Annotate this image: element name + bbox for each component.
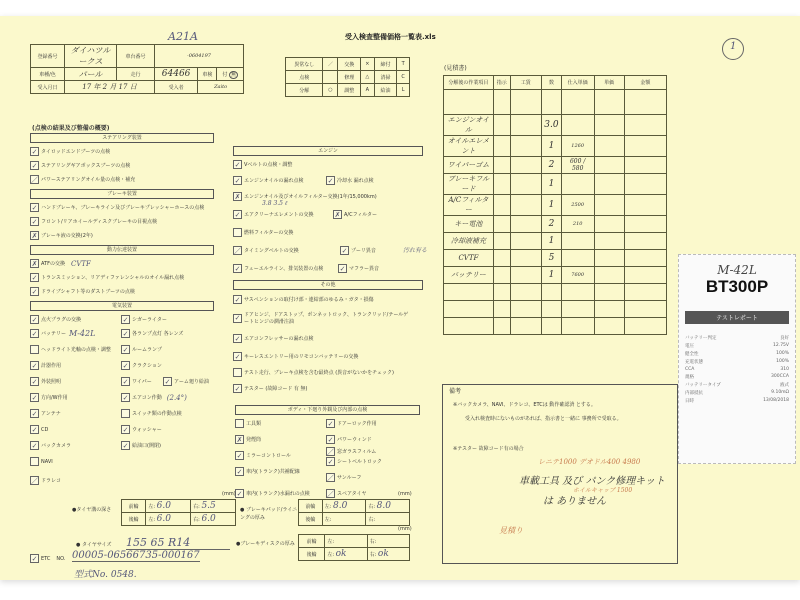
value-receiver: Zaito — [198, 81, 244, 94]
label-shaken: 車検 — [198, 68, 217, 81]
check-engine-oil-leak[interactable]: ✓エンジンオイルの漏れ点検 — [233, 176, 304, 185]
section-engine: エンジン — [233, 146, 423, 156]
table-row: 冷却液補充1 — [444, 233, 667, 250]
remarks-line3: ※テスター 故障コード有の場合 — [453, 447, 524, 452]
tire-size-label: ● タイヤサイズ — [76, 543, 111, 548]
brake-disc-unit: (mm) — [398, 527, 412, 532]
estimate-title: (見積書) — [444, 63, 467, 72]
brake-disc-table: 前輪左: 右: 後輪左: ok右: ok — [298, 534, 410, 561]
label-mileage: 走行 — [117, 68, 155, 81]
receipt-row: CCA310 — [679, 366, 795, 373]
check-fuel-filter[interactable]: 燃料フィルターの交換 — [233, 228, 293, 237]
receipt-subtitle: テストレポート — [685, 311, 789, 324]
check-wiper-arm[interactable]: ✓アーム廻り給油 — [163, 377, 209, 386]
remarks-red-note3: 見積り — [499, 525, 523, 536]
check-suspension[interactable]: ✓サスペンションの取付け部・連結部のゆるみ・ガタ・損傷 — [233, 295, 374, 304]
check-cd[interactable]: ✓CD — [30, 425, 48, 434]
etc-number: 00005-06566735-000167 — [72, 550, 200, 562]
check-driveshaft-boot[interactable]: ✓ドライブシャフト等のダストブーツの点検 — [30, 287, 135, 296]
table-row: キー電池2210 — [444, 216, 667, 233]
tire-size-value: 155 65 R14 — [126, 536, 230, 550]
oil-amount-note: 3.8 3.5 ℓ — [262, 200, 287, 207]
check-ac-filter[interactable]: ✗A/Cフィルター — [333, 210, 377, 219]
check-horn[interactable]: ✓クラクション — [121, 361, 162, 370]
check-steering-boot[interactable]: ✓ステアリングギアボックスブーツの点検 — [30, 161, 130, 170]
summary-title: (点検の結果及び整備の概要) — [32, 123, 110, 132]
check-back-camera[interactable]: ✓バックカメラ — [30, 441, 71, 450]
receipt-row: 電圧12.75V — [679, 342, 795, 350]
check-switches[interactable]: スイッチ類の作動点検 — [121, 409, 182, 418]
check-ac-compressor[interactable]: ✓エアコンフレッサーの漏れ点検 — [233, 334, 314, 343]
check-fuel-lid[interactable]: ✓給油口(開閉) — [121, 441, 161, 450]
remarks-box: 備考 ※バックカメラ、NAVI、ドラレコ、ETCは 動作確認済 とする。 受入れ… — [442, 384, 678, 564]
label-model-color: 車種/色 — [31, 68, 65, 81]
check-washer[interactable]: ✓ウォッシャー — [121, 425, 162, 434]
check-wiper[interactable]: ✓ワイパー — [121, 377, 152, 386]
check-seatbelt-lock[interactable]: ✓シートベルトロック — [326, 457, 382, 466]
brake-disc-label: ●ブレーキディスクの厚み — [236, 540, 296, 548]
brake-pad-table: 前輪左: 8.0右: 8.0 後輪左: 右: — [298, 499, 410, 526]
remarks-line1: ※バックカメラ、NAVI、ドラレコ、ETCは 動作確認済 とする。 — [453, 403, 596, 408]
receipt-row: バッテリータイプ液式 — [679, 381, 795, 389]
label-registration: 登録番号 — [31, 45, 65, 68]
check-gauges[interactable]: ✓計器作用 — [30, 361, 61, 370]
brake-pad-unit: (mm) — [398, 492, 412, 497]
page-number-circle: 1 — [722, 38, 744, 60]
check-window-film[interactable]: ／窓ガラスフィルム — [326, 447, 376, 456]
check-keyless-battery[interactable]: ✓キーレスエントリー用のリモコンバッテリーの交換 — [233, 352, 358, 361]
check-tools[interactable]: 工具類 — [235, 419, 261, 428]
check-fuel-line[interactable]: ✓フューエルライン、排気装置の点検 — [233, 264, 323, 273]
battery-test-receipt: M-42L BT300P テストレポート バッテリー判定良好 電圧12.75V … — [678, 254, 796, 464]
legend-table: 異常なし／交換×締付T 点検修理△清掃C 分解○調整A給油L — [285, 57, 410, 97]
check-antenna[interactable]: ✓アンテナ — [30, 409, 61, 418]
check-cigar-lighter[interactable]: ✓シガーライター — [121, 315, 167, 324]
receipt-row: 内部抵抗9.10mΩ — [679, 389, 795, 397]
table-row: ワイパーゴム2600 / 580 — [444, 157, 667, 174]
receipt-row: 健全性100% — [679, 350, 795, 358]
receipt-model: BT300P — [679, 277, 795, 297]
table-row: ブレーキフルード1 — [444, 174, 667, 195]
check-flare[interactable]: ✗発煙筒 — [235, 435, 261, 444]
check-disc-brake[interactable]: ✓フロント/リアホイールディスクブレーキの目視点検 — [30, 217, 157, 226]
receipt-row: 規格300CCA — [679, 373, 795, 381]
estimate-table: 分解後の作業項目 指示 工賃 数 仕入単価 単価 金額 エンジンオイル3.0 オ… — [443, 75, 667, 335]
section-body: ボディ・下廻り外観及び内部の点検 — [235, 405, 420, 415]
check-etc[interactable]: ✓ETCNO. — [30, 554, 65, 563]
remarks-title: 備考 — [449, 389, 461, 395]
check-coolant-leak[interactable]: ✓冷却水 漏れ点検 — [326, 176, 374, 185]
section-electrical: 電気装置 — [30, 301, 214, 311]
check-brake-fluid[interactable]: ✗ブレーキ液の交換(2年) — [30, 231, 93, 240]
receipt-row: バッテリー判定良好 — [679, 334, 795, 342]
check-vbelt[interactable]: ✓Vベルトの点検・調整 — [233, 160, 292, 169]
label-chassis: 車台番号 — [117, 45, 155, 68]
remarks-handwritten-main2: は ありません — [543, 492, 606, 507]
check-lamps-lenses[interactable]: ✓各ランプ点灯 各レンズ — [121, 329, 183, 338]
value-chassis: -0604197 — [155, 45, 244, 68]
value-model-color: パール — [65, 68, 117, 81]
check-room-lamp[interactable]: ✓ルームランプ — [121, 345, 162, 354]
check-power-window[interactable]: ✓パワーウィンド — [326, 435, 372, 444]
check-spark-plug[interactable]: ✓点火プラグの交換 — [30, 315, 81, 324]
document-title: 受入検査整備価格一覧表.xls — [345, 32, 436, 42]
section-brake: ブレーキ装置 — [30, 189, 214, 199]
check-air-element[interactable]: ✓エアクリーナエレメントの交換 — [233, 210, 314, 219]
check-navi[interactable]: NAVI — [30, 457, 53, 466]
tire-tread-table: 前輪左: 6.0右: 5.5 後輪左: 6.0右: 6.0 — [121, 499, 236, 526]
table-row: バッテリー17600 — [444, 267, 667, 284]
remarks-line2: 受入れ検査時にないものがあれば、指示書と一緒に 事務所で受取る。 — [465, 417, 622, 422]
check-turn-signals[interactable]: ✓方向/W作用 — [30, 393, 68, 402]
table-row: オイルエレメント11260 — [444, 136, 667, 157]
check-spare-tire[interactable]: ／スペアタイヤ — [326, 489, 367, 498]
brake-pad-label: ● ブレーキパッド/ライニングの厚み — [240, 506, 298, 522]
tire-unit: (mm) — [222, 492, 236, 497]
table-row: A/Cフィルター12500 — [444, 195, 667, 216]
check-interior-wiring[interactable]: ✓車内(トランク)共補配線 — [235, 467, 300, 476]
check-ps-oil[interactable]: ／パワーステアリングオイル量の点検・補充 — [30, 175, 135, 184]
page-number: 1 — [730, 41, 736, 52]
check-headlight-aim[interactable]: ヘッドライト光軸の点検・調整 — [30, 345, 111, 354]
check-tierod[interactable]: ✓タイロッドエンドブーツの点検 — [30, 147, 110, 156]
section-drivetrain: 動力伝達装置 — [30, 245, 214, 255]
check-atf[interactable]: ✗ATFの交換CVTF — [30, 259, 91, 268]
value-mileage: 64466 — [155, 68, 198, 81]
engine-side-note: 汚れ有る — [403, 245, 427, 254]
check-test-drive[interactable]: テスト走行、ブレーキ点検を含む最終点 (異音がないかをチェック) — [233, 368, 394, 377]
check-door-hinges[interactable]: ✓ドアヒンジ、ドアストップ、ボンネットロック、トランクリッド/テールゲートヒンジ… — [233, 311, 413, 325]
check-mirror-control[interactable]: ✓ミラーコントロール — [235, 451, 291, 460]
check-exterior-lights[interactable]: ✓外装照明 — [30, 377, 61, 386]
remarks-red-note1: レニテ1000 デオドル400 4980 — [538, 457, 640, 467]
table-row: エンジンオイル3.0 — [444, 115, 667, 136]
value-received-date: 17 年 2 月 17 日 — [65, 81, 155, 94]
check-tester[interactable]: ✓テスター (故障コード 有 無) — [233, 384, 307, 393]
check-aircon[interactable]: ✓エアコン作動(2.4°) — [121, 393, 187, 402]
table-row: CVTF5 — [444, 250, 667, 267]
check-brake-lines[interactable]: ✓ハンドブレーキ、ブレーキライン及びブレーキプレッシャーホースの点検 — [30, 203, 204, 212]
label-received-date: 受入月日 — [31, 81, 65, 94]
inspection-form-page: 受入検査整備価格一覧表.xls 1 A21A 登録番号 ダイハツルークス 車台番… — [0, 16, 800, 580]
table-row — [444, 90, 667, 115]
check-muffler[interactable]: ✓マフラー異音 — [338, 264, 379, 273]
section-other: その他 — [233, 280, 423, 290]
handwritten-code: A21A — [168, 30, 198, 43]
check-oil-change[interactable]: ✗エンジンオイル及びオイルフィルター交換(1年/15,000km) — [233, 192, 377, 201]
receipt-row: 日時13/08/2018 — [679, 397, 795, 405]
check-transmission-leak[interactable]: ✓トランスミッション、リアディファレンシャルのオイル漏れ点検 — [30, 273, 184, 282]
check-sunroof[interactable]: ／サンルーフ — [326, 473, 361, 482]
check-pulley-noise[interactable]: ✓プーリ異音 — [340, 246, 376, 255]
receipt-handwritten: M-42L — [679, 263, 795, 277]
section-steering: ステアリング装置 — [30, 133, 214, 143]
receipt-row: 充電状態100% — [679, 358, 795, 366]
check-dashcam[interactable]: ／ドラレコ — [30, 476, 61, 485]
label-receiver: 受入者 — [155, 81, 198, 94]
check-battery[interactable]: ✓バッテリーM-42L — [30, 329, 95, 338]
model-number: 型式No. 0548. — [74, 567, 137, 580]
check-timing-belt[interactable]: ／タイミングベルトの交換 — [233, 246, 299, 255]
tire-tread-label: ●タイヤ溝の深さ — [72, 508, 111, 513]
shaken-value: 付 無 — [217, 68, 244, 81]
check-water-leak[interactable]: ✓車内(トランク)水漏れの点検 — [235, 489, 310, 498]
check-door-lock[interactable]: ✓ドアーロック作用 — [326, 419, 377, 428]
value-registration: ダイハツルークス — [65, 45, 117, 68]
vehicle-info-table: 登録番号 ダイハツルークス 車台番号 -0604197 車種/色 パール 走行 … — [30, 44, 244, 94]
